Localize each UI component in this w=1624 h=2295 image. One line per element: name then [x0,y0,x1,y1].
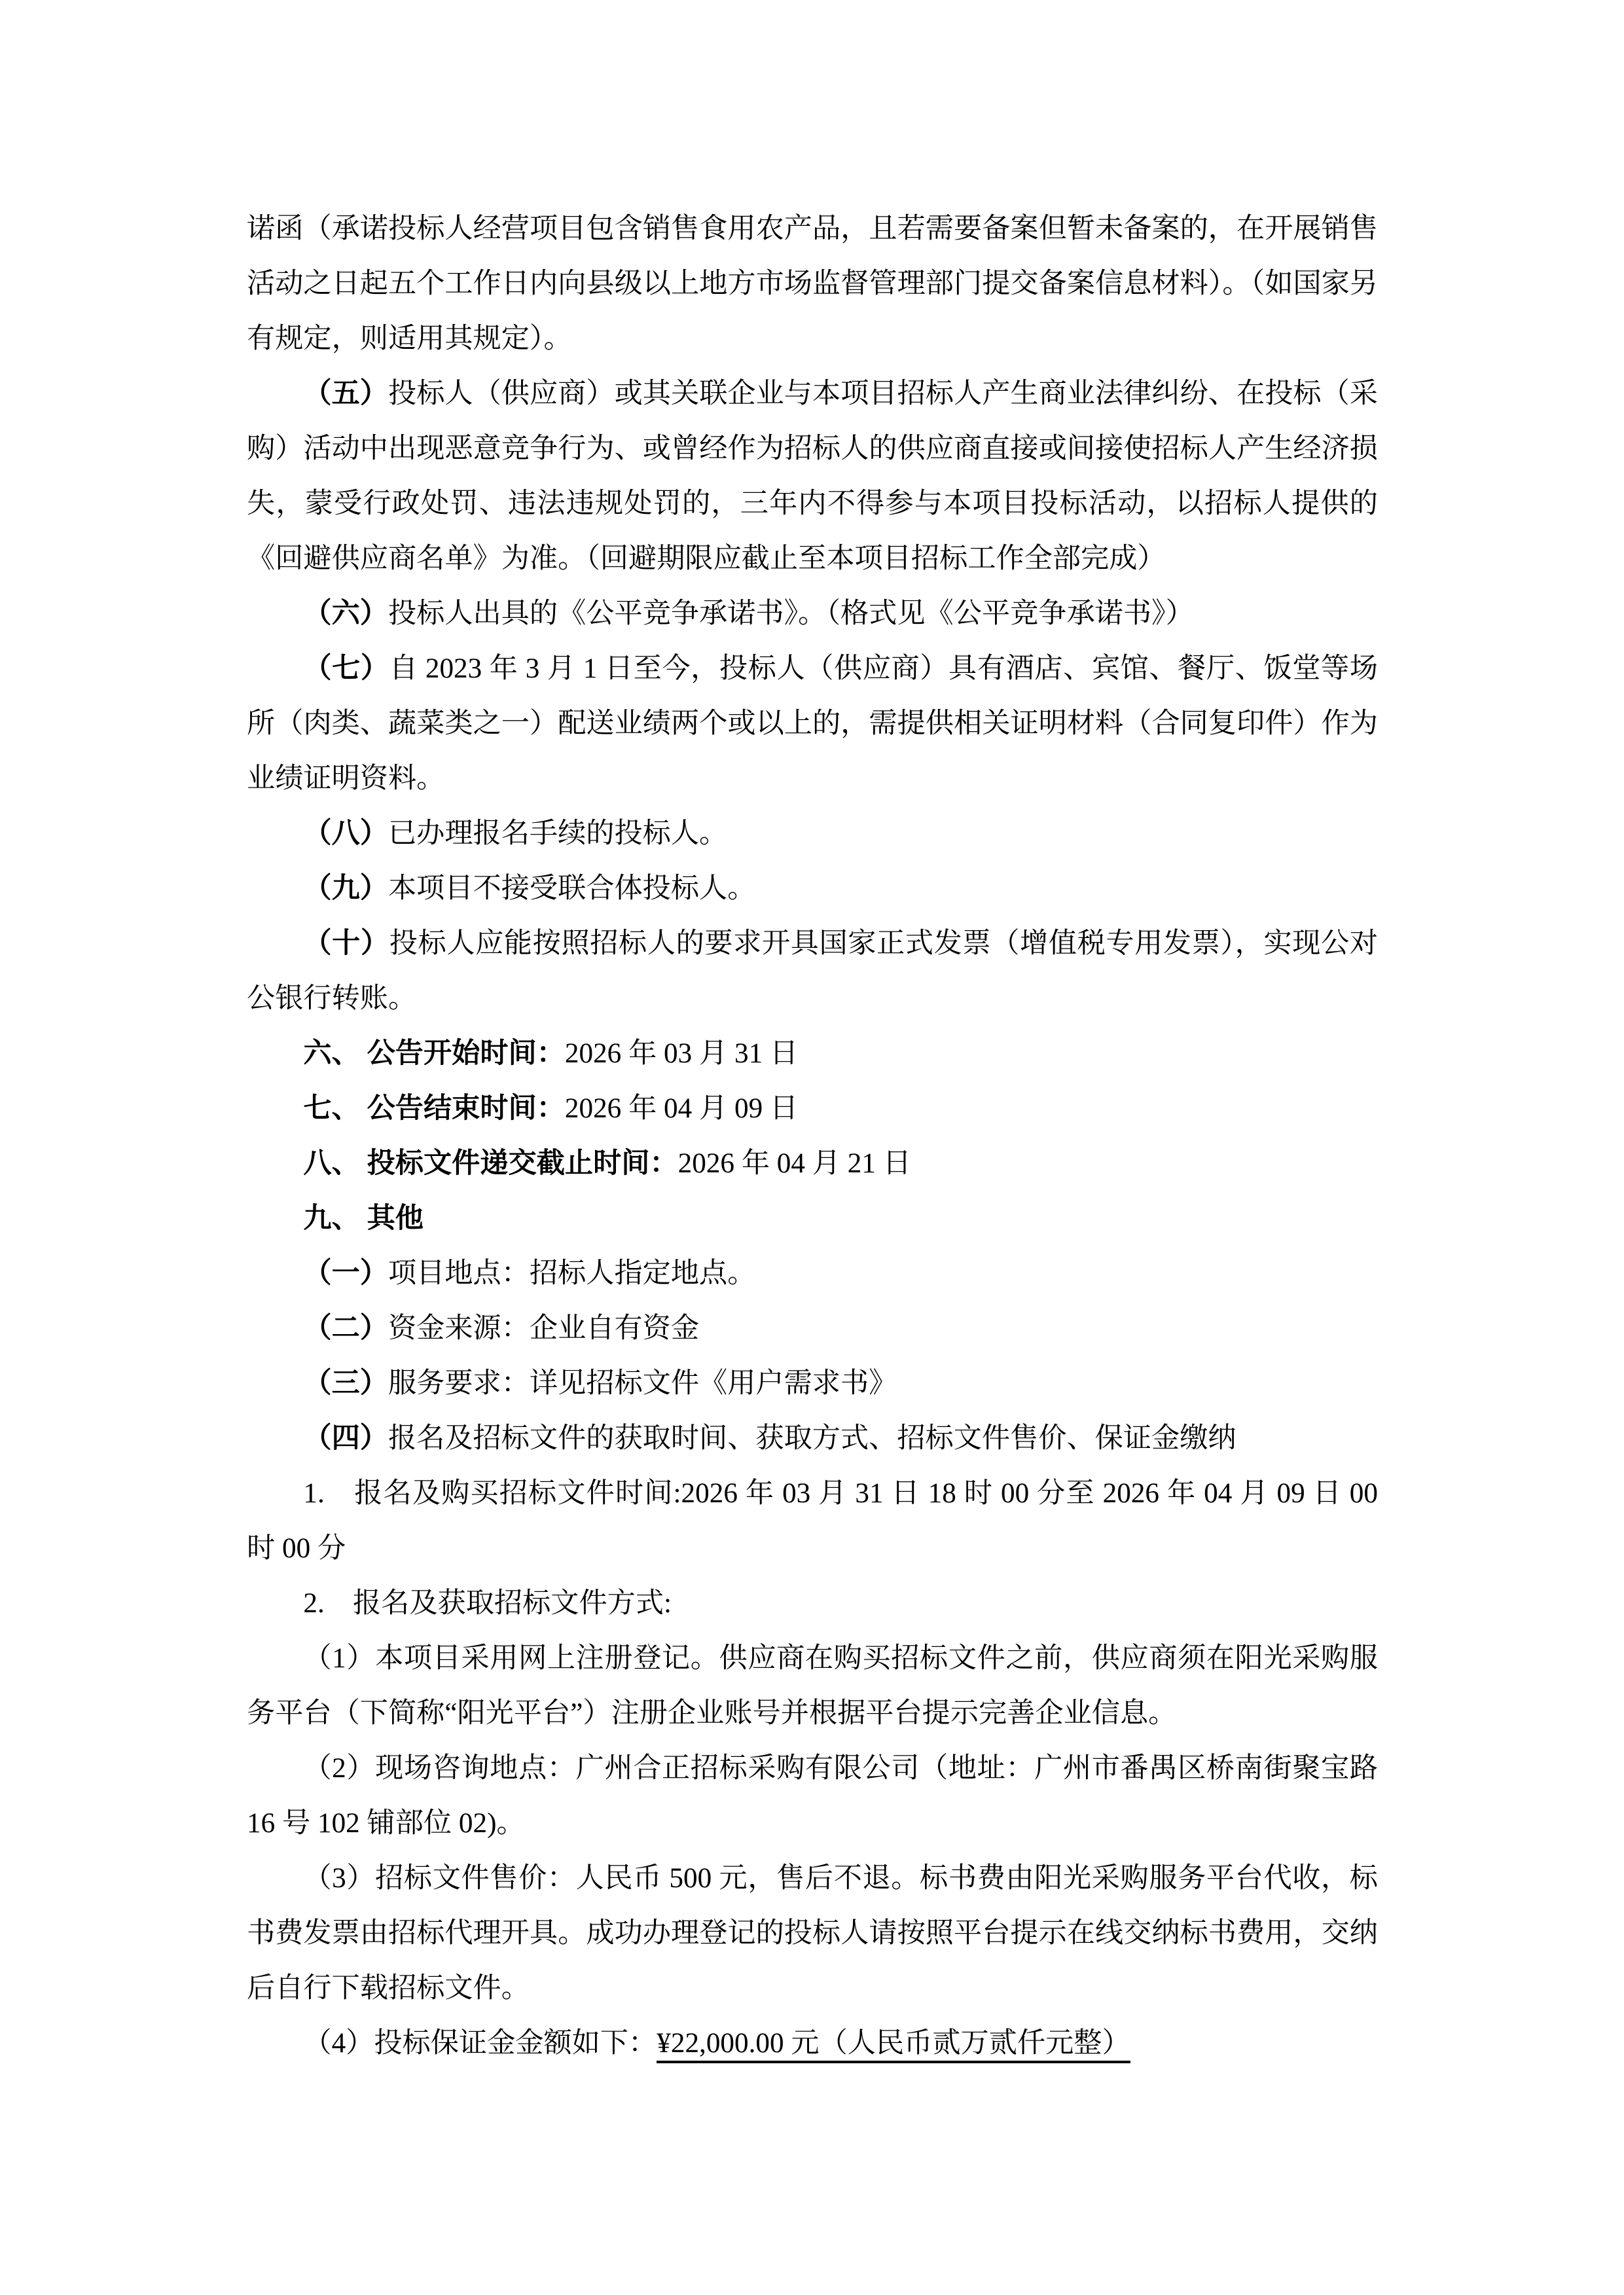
text-run: 2. 报名及获取招标文件方式: [303,1588,672,1619]
document-page-background: { "page": { "background_color": "#ffffff… [0,0,1624,2295]
clause-continuation: 诺函（承诺投标人经营项目包含销售食用农产品，且若需要备案但暂未备案的，在开展销售… [247,202,1378,367]
text-run: 2026 年 03 月 31 日 [565,1038,798,1069]
clause-10: （十）投标人应能按照招标人的要求开具国家正式发票（增值税专用发票），实现公对公银… [247,916,1378,1026]
bold-text-run: （七） [303,653,389,684]
text-run: 2026 年 04 月 09 日 [565,1093,798,1124]
text-run: 投标人出具的《公平竞争承诺书》。（格式见《公平竞争承诺书》） [388,598,1194,629]
text-run: （2）现场咨询地点：广州合正招标采购有限公司（地址：广州市番禺区桥南街聚宝路 1… [247,1753,1378,1839]
sub-2-registration-method: 2. 报名及获取招标文件方式: [247,1576,1378,1631]
text-run: 自 2023 年 3 月 1 日至今，投标人（供应商）具有酒店、宾馆、餐厅、饭堂… [247,653,1378,794]
text-run: （1）本项目采用网上注册登记。供应商在购买招标文件之前，供应商须在阳光采购服务平… [247,1643,1378,1729]
text-run: 资金来源：企业自有资金 [388,1313,699,1344]
bold-text-run: （三） [303,1368,388,1399]
bold-text-run: （一） [303,1258,388,1289]
bold-text-run: 七、 公告结束时间： [303,1093,565,1124]
section-7-announcement-end-time: 七、 公告结束时间：2026 年 04 月 09 日 [247,1081,1378,1136]
text-run: 投标人（供应商）或其关联企业与本项目招标人产生商业法律纠纷、在投标（采购）活动中… [247,378,1378,574]
text-run: 已办理报名手续的投标人。 [388,818,727,849]
clause-5: （五）投标人（供应商）或其关联企业与本项目招标人产生商业法律纠纷、在投标（采购）… [247,367,1378,587]
bold-text-run: （五） [303,378,388,409]
bold-text-run: 八、 投标文件递交截止时间： [303,1148,677,1179]
text-run: 1. 报名及购买招标文件时间:2026 年 03 月 31 日 18 时 00 … [247,1478,1378,1564]
text-run: 诺函（承诺投标人经营项目包含销售食用农产品，且若需要备案但暂未备案的，在开展销售… [247,213,1378,354]
text-run: 投标人应能按照招标人的要求开具国家正式发票（增值税专用发票），实现公对公银行转账… [247,928,1378,1014]
sub-2-1-online-registration: （1）本项目采用网上注册登记。供应商在购买招标文件之前，供应商须在阳光采购服务平… [247,1631,1378,1741]
clause-8: （八）已办理报名手续的投标人。 [247,806,1378,861]
bold-text-run: （四） [303,1423,388,1454]
text-run: 2026 年 04 月 21 日 [678,1148,911,1179]
sub-2-4-bid-deposit-amount: （4）投标保证金金额如下：¥22,000.00 元（人民币贰万贰仟元整） [247,2016,1378,2071]
underlined-text-run: ¥22,000.00 元（人民币贰万贰仟元整） [657,2028,1130,2063]
section-6-announcement-start-time: 六、 公告开始时间：2026 年 03 月 31 日 [247,1026,1378,1081]
bold-text-run: （九） [303,873,388,904]
text-run: （4）投标保证金金额如下： [303,2028,657,2059]
text-run: 项目地点：招标人指定地点。 [388,1258,755,1289]
bold-text-run: （二） [303,1313,388,1344]
text-run: （3）招标文件售价：人民币 500 元，售后不退。标书费由阳光采购服务平台代收，… [247,1863,1378,2004]
sub-2-3-document-price: （3）招标文件售价：人民币 500 元，售后不退。标书费由阳光采购服务平台代收，… [247,1851,1378,2016]
clause-7: （七）自 2023 年 3 月 1 日至今，投标人（供应商）具有酒店、宾馆、餐厅… [247,642,1378,806]
section-9-others: 九、 其他 [247,1191,1378,1246]
document-page: 诺函（承诺投标人经营项目包含销售食用农产品，且若需要备案但暂未备案的，在开展销售… [0,0,1624,2295]
bold-text-run: 六、 公告开始时间： [303,1038,565,1069]
item-3-service-requirements: （三）服务要求：详见招标文件《用户需求书》 [247,1356,1378,1411]
item-4-registration-and-documents: （四）报名及招标文件的获取时间、获取方式、招标文件售价、保证金缴纳 [247,1411,1378,1466]
clause-6: （六）投标人出具的《公平竞争承诺书》。（格式见《公平竞争承诺书》） [247,587,1378,642]
sub-1-registration-time: 1. 报名及购买招标文件时间:2026 年 03 月 31 日 18 时 00 … [247,1466,1378,1576]
bold-text-run: 九、 其他 [303,1203,424,1234]
text-run: 服务要求：详见招标文件《用户需求书》 [388,1368,897,1399]
sub-2-2-onsite-consultation-address: （2）现场咨询地点：广州合正招标采购有限公司（地址：广州市番禺区桥南街聚宝路 1… [247,1741,1378,1851]
section-8-bid-submission-deadline: 八、 投标文件递交截止时间：2026 年 04 月 21 日 [247,1136,1378,1191]
clause-9: （九）本项目不接受联合体投标人。 [247,861,1378,916]
bold-text-run: （八） [303,818,388,849]
text-run: 报名及招标文件的获取时间、获取方式、招标文件售价、保证金缴纳 [388,1423,1236,1454]
item-2-funding-source: （二）资金来源：企业自有资金 [247,1301,1378,1356]
text-run: 本项目不接受联合体投标人。 [388,873,755,904]
item-1-project-location: （一）项目地点：招标人指定地点。 [247,1246,1378,1301]
document-body: 诺函（承诺投标人经营项目包含销售食用农产品，且若需要备案但暂未备案的，在开展销售… [247,202,1378,2071]
bold-text-run: （六） [303,598,388,629]
bold-text-run: （十） [303,928,389,959]
